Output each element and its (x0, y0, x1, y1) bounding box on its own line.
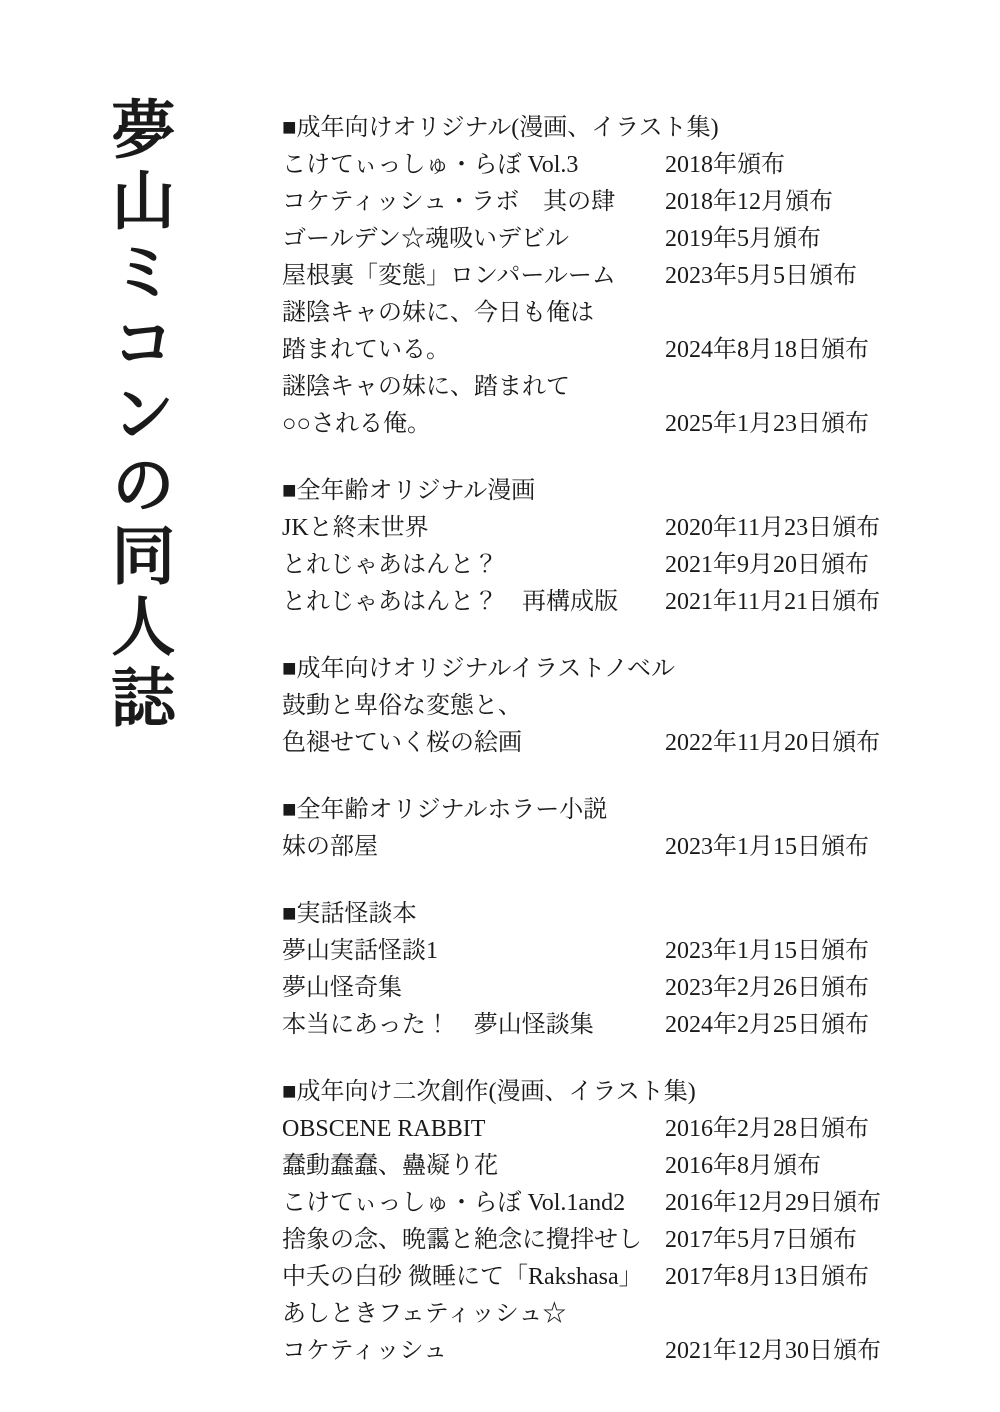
item-title: 捨象の念、晩靄と絶念に攪拌せし (282, 1222, 665, 1259)
item-date: 2018年頒布 (665, 147, 785, 184)
catalog-item-row: 中夭の白砂 微睡にて「Rakshasa」2017年8月13日頒布 (282, 1259, 922, 1296)
catalog-item-row: コケティッシュ2021年12月30日頒布 (282, 1333, 922, 1370)
item-date: 2023年5月5日頒布 (665, 258, 857, 295)
item-date: 2016年8月頒布 (665, 1148, 821, 1185)
item-title: 本当にあった！ 夢山怪談集 (282, 1007, 665, 1044)
catalog-item-row: OBSCENE RABBIT2016年2月28日頒布 (282, 1111, 922, 1148)
catalog-item-row: ゴールデン☆魂吸いデビル2019年5月頒布 (282, 221, 922, 258)
catalog-section: ■成年向けオリジナルイラストノベル鼓動と卑俗な変態と、色褪せていく桜の絵画202… (282, 651, 922, 762)
item-title: 謎陰キャの妹に、踏まれて (282, 369, 665, 406)
item-title: 中夭の白砂 微睡にて「Rakshasa」 (282, 1259, 665, 1296)
item-title: 夢山怪奇集 (282, 970, 665, 1007)
catalog-section: ■実話怪談本夢山実話怪談12023年1月15日頒布夢山怪奇集2023年2月26日… (282, 896, 922, 1044)
item-date: 2016年2月28日頒布 (665, 1111, 869, 1148)
catalog-item-row: 色褪せていく桜の絵画2022年11月20日頒布 (282, 725, 922, 762)
item-date: 2023年2月26日頒布 (665, 970, 869, 1007)
section-header: ■全年齢オリジナルホラー小説 (282, 792, 922, 829)
catalog-item-row: 夢山怪奇集2023年2月26日頒布 (282, 970, 922, 1007)
catalog-section: ■成年向け二次創作(漫画、イラスト集)OBSCENE RABBIT2016年2月… (282, 1074, 922, 1370)
item-title: 鼓動と卑俗な変態と、 (282, 688, 665, 725)
catalog-item-row: 屋根裏「変態」ロンパールーム2023年5月5日頒布 (282, 258, 922, 295)
item-title: 妹の部屋 (282, 829, 665, 866)
item-title: 夢山実話怪談1 (282, 933, 665, 970)
item-title: ○○される俺。 (282, 406, 665, 443)
item-date: 2021年9月20日頒布 (665, 547, 869, 584)
item-title: あしときフェティッシュ☆ (282, 1296, 665, 1333)
section-header: ■全年齢オリジナル漫画 (282, 473, 922, 510)
item-title: 色褪せていく桜の絵画 (282, 725, 665, 762)
section-header: ■成年向け二次創作(漫画、イラスト集) (282, 1074, 922, 1111)
item-title: とれじゃあはんと？ 再構成版 (282, 584, 665, 621)
item-date: 2019年5月頒布 (665, 221, 821, 258)
catalog-item-row: こけてぃっしゅ・らぼ Vol.32018年頒布 (282, 147, 922, 184)
item-title: こけてぃっしゅ・らぼ Vol.1and2 (282, 1185, 665, 1222)
item-title: コケティッシュ (282, 1333, 665, 1370)
item-title: 踏まれている。 (282, 332, 665, 369)
item-title: とれじゃあはんと？ (282, 547, 665, 584)
item-title: JKと終末世界 (282, 510, 665, 547)
item-date: 2018年12月頒布 (665, 184, 833, 221)
section-header: ■成年向けオリジナルイラストノベル (282, 651, 922, 688)
item-date: 2021年12月30日頒布 (665, 1333, 881, 1370)
item-date: 2023年1月15日頒布 (665, 829, 869, 866)
item-title: コケティッシュ・ラボ 其の肆 (282, 184, 665, 221)
catalog-item-row: 蠢動蠢蠢、蠱凝り花2016年8月頒布 (282, 1148, 922, 1185)
item-title: 蠢動蠢蠢、蠱凝り花 (282, 1148, 665, 1185)
catalog-item-row: とれじゃあはんと？ 再構成版2021年11月21日頒布 (282, 584, 922, 621)
catalog-item-row: 鼓動と卑俗な変態と、 (282, 688, 922, 725)
item-title: OBSCENE RABBIT (282, 1111, 665, 1148)
vertical-page-title: 夢山ミコンの同人誌 (102, 96, 172, 735)
item-title: 謎陰キャの妹に、今日も俺は (282, 295, 665, 332)
doujinshi-catalog-page: { "page": { "background": "#ffffff", "te… (0, 0, 1000, 1412)
catalog-item-row: コケティッシュ・ラボ 其の肆2018年12月頒布 (282, 184, 922, 221)
item-date: 2017年8月13日頒布 (665, 1259, 869, 1296)
catalog-item-row: あしときフェティッシュ☆ (282, 1296, 922, 1333)
catalog-item-row: 本当にあった！ 夢山怪談集2024年2月25日頒布 (282, 1007, 922, 1044)
catalog-section: ■成年向けオリジナル(漫画、イラスト集)こけてぃっしゅ・らぼ Vol.32018… (282, 110, 922, 443)
catalog-item-row: JKと終末世界2020年11月23日頒布 (282, 510, 922, 547)
catalog-item-row: とれじゃあはんと？2021年9月20日頒布 (282, 547, 922, 584)
item-date: 2016年12月29日頒布 (665, 1185, 881, 1222)
item-date: 2023年1月15日頒布 (665, 933, 869, 970)
catalog-item-row: 踏まれている。2024年8月18日頒布 (282, 332, 922, 369)
catalog-item-row: 妹の部屋2023年1月15日頒布 (282, 829, 922, 866)
item-date: 2021年11月21日頒布 (665, 584, 880, 621)
catalog-item-row: 謎陰キャの妹に、踏まれて (282, 369, 922, 406)
item-date: 2024年8月18日頒布 (665, 332, 869, 369)
section-header: ■成年向けオリジナル(漫画、イラスト集) (282, 110, 922, 147)
catalog-section: ■全年齢オリジナル漫画JKと終末世界2020年11月23日頒布とれじゃあはんと？… (282, 473, 922, 621)
catalog-item-row: 夢山実話怪談12023年1月15日頒布 (282, 933, 922, 970)
catalog-item-row: 捨象の念、晩靄と絶念に攪拌せし2017年5月7日頒布 (282, 1222, 922, 1259)
catalog-section: ■全年齢オリジナルホラー小説妹の部屋2023年1月15日頒布 (282, 792, 922, 866)
item-title: ゴールデン☆魂吸いデビル (282, 221, 665, 258)
catalog-list: ■成年向けオリジナル(漫画、イラスト集)こけてぃっしゅ・らぼ Vol.32018… (282, 110, 922, 1400)
item-title: こけてぃっしゅ・らぼ Vol.3 (282, 147, 665, 184)
catalog-item-row: こけてぃっしゅ・らぼ Vol.1and22016年12月29日頒布 (282, 1185, 922, 1222)
item-date: 2024年2月25日頒布 (665, 1007, 869, 1044)
catalog-item-row: ○○される俺。2025年1月23日頒布 (282, 406, 922, 443)
catalog-item-row: 謎陰キャの妹に、今日も俺は (282, 295, 922, 332)
item-date: 2017年5月7日頒布 (665, 1222, 857, 1259)
item-date: 2022年11月20日頒布 (665, 725, 880, 762)
item-date: 2025年1月23日頒布 (665, 406, 869, 443)
item-title: 屋根裏「変態」ロンパールーム (282, 258, 665, 295)
item-date: 2020年11月23日頒布 (665, 510, 880, 547)
section-header: ■実話怪談本 (282, 896, 922, 933)
